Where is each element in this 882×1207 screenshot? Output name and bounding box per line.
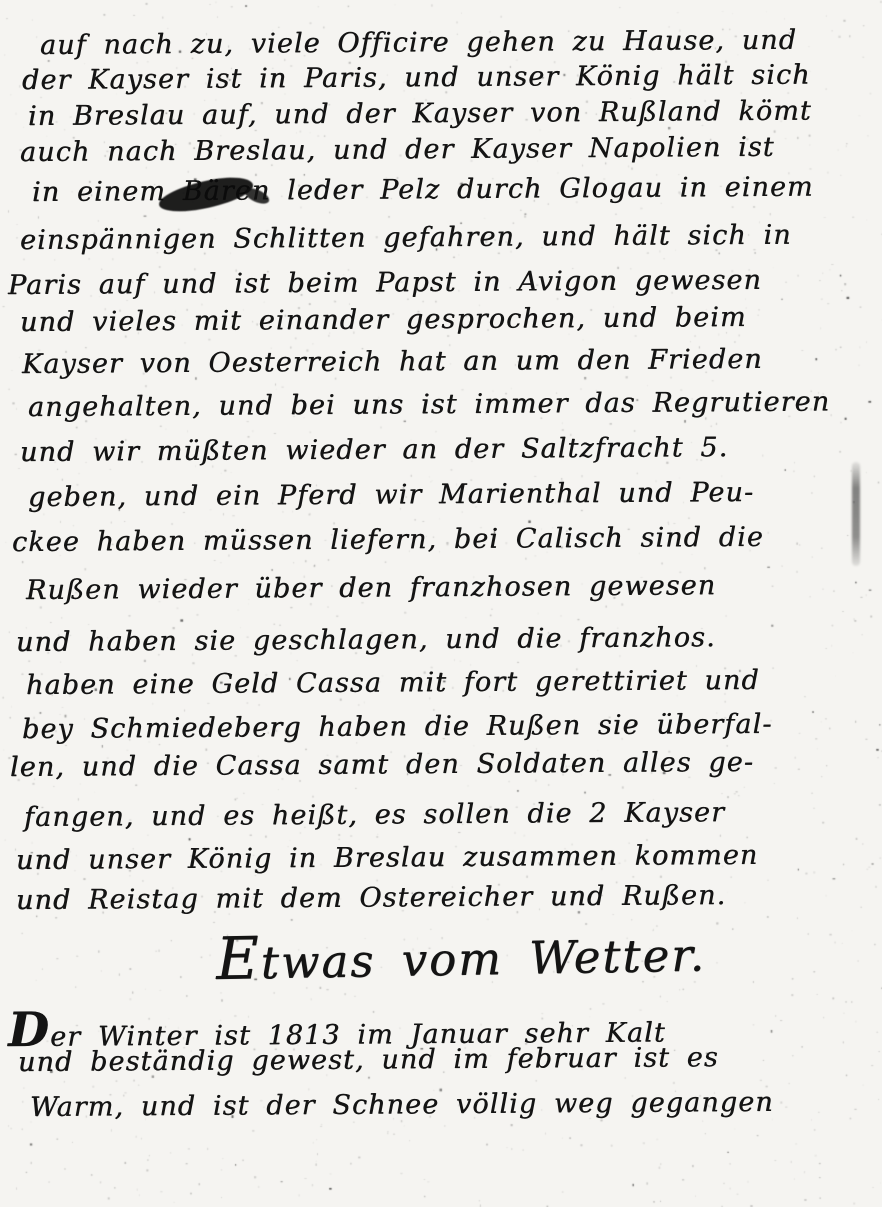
manuscript-line: und wir müßten wieder an der Saltzfracht…	[20, 434, 728, 466]
scan-edge-artifact	[852, 462, 860, 566]
manuscript-line: Kayser von Oesterreich hat an um den Fri…	[22, 346, 763, 378]
manuscript-line: der Kayser ist in Paris, und unser König…	[22, 61, 811, 94]
manuscript-line: fangen, und es heißt, es sollen die 2 Ka…	[24, 799, 725, 831]
manuscript-line: und beständig gewest, und im februar ist…	[18, 1044, 719, 1076]
manuscript-line: auch nach Breslau, und der Kayser Napoli…	[20, 134, 775, 166]
manuscript-line: in Breslau auf, und der Kayser von Rußla…	[28, 98, 812, 130]
manuscript-line: auf nach zu, viele Officire gehen zu Hau…	[40, 27, 797, 59]
manuscript-line: einspännigen Schlitten gefahren, und häl…	[20, 222, 792, 254]
manuscript-line: Warm, und ist der Schnee völlig weg gega…	[30, 1089, 774, 1121]
manuscript-line: Paris auf und ist beim Papst in Avigon g…	[8, 267, 762, 299]
manuscript-line: und unser König in Breslau zusammen komm…	[16, 842, 759, 874]
manuscript-line: und haben sie geschlagen, und die franzh…	[16, 624, 716, 656]
manuscript-line: len, und die Cassa samt den Soldaten all…	[10, 749, 754, 781]
manuscript-line: und vieles mit einander gesprochen, und …	[20, 304, 747, 336]
manuscript-line: angehalten, und bei uns ist immer das Re…	[28, 388, 830, 421]
manuscript-line: bey Schmiedeberg haben die Rußen sie übe…	[22, 711, 773, 743]
manuscript-line: ckee haben müssen liefern, bei Calisch s…	[12, 524, 764, 556]
manuscript-line: und Reistag mit dem Ostereicher und Ruße…	[16, 882, 726, 914]
manuscript-line: haben eine Geld Cassa mit fort gerettiri…	[26, 667, 760, 699]
manuscript-line: Rußen wieder über den franzhosen gewesen	[26, 572, 716, 604]
section-heading: Etwas vom Wetter.	[215, 921, 706, 988]
manuscript-line: geben, und ein Pferd wir Marienthal und …	[28, 479, 754, 511]
manuscript-line: in einem Bären leder Pelz durch Glogau i…	[32, 174, 814, 206]
manuscript-page: auf nach zu, viele Officire gehen zu Hau…	[0, 0, 882, 1207]
